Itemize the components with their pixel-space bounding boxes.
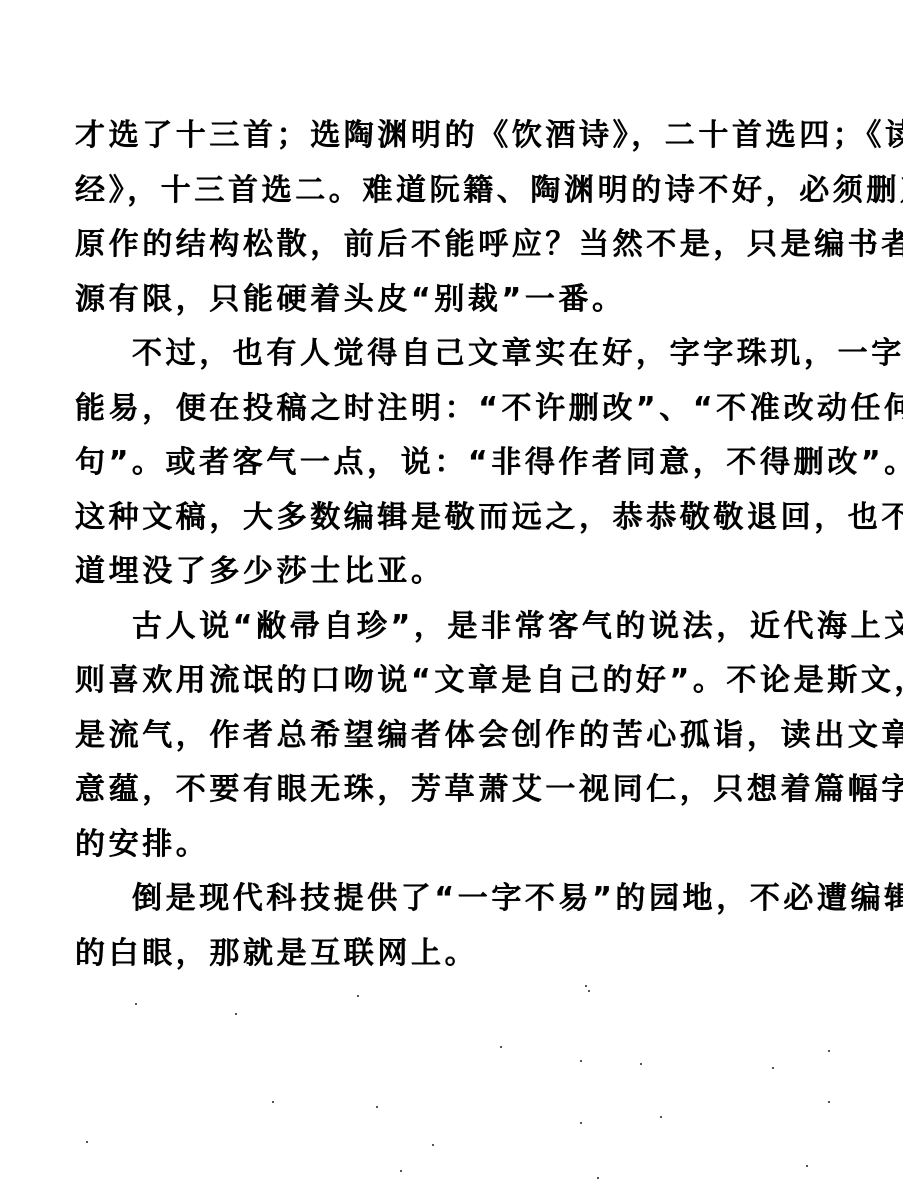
scan-speck bbox=[272, 1101, 274, 1103]
text-line: 原作的结构松散，前后不能呼应？当然不是，只是编书者资 bbox=[75, 223, 835, 278]
text-line: 的安排。 bbox=[75, 823, 835, 878]
text-line: 意蕴，不要有眼无珠，芳草萧艾一视同仁，只想着篇幅字数 bbox=[75, 768, 835, 823]
scan-speck bbox=[500, 1046, 502, 1048]
body-text: 才选了十三首；选陶渊明的《饮酒诗》，二十首选四；《读山海 经》，十三首选二。难道… bbox=[75, 114, 835, 986]
scan-speck bbox=[597, 1177, 599, 1179]
text-line: 能易，便在投稿之时注明：“不许删改”、“不准改动任何字 bbox=[75, 387, 835, 442]
scan-speck bbox=[580, 1122, 582, 1124]
text-line: 才选了十三首；选陶渊明的《饮酒诗》，二十首选四；《读山海 bbox=[75, 114, 835, 169]
scan-speck bbox=[660, 1116, 662, 1118]
scan-speck bbox=[806, 1165, 808, 1167]
scan-speck bbox=[772, 1067, 774, 1069]
text-line: 倒是现代科技提供了“一字不易”的园地，不必遭编辑 bbox=[75, 877, 835, 932]
scan-speck bbox=[828, 1050, 830, 1052]
text-line: 道埋没了多少莎士比亚。 bbox=[75, 550, 835, 605]
paragraph-4: 倒是现代科技提供了“一字不易”的园地，不必遭编辑 的白眼，那就是互联网上。 bbox=[75, 877, 835, 986]
scan-speck bbox=[357, 995, 359, 997]
text-line: 源有限，只能硬着头皮“别裁”一番。 bbox=[75, 278, 835, 333]
scan-speck bbox=[432, 1144, 434, 1146]
text-line: 则喜欢用流氓的口吻说“文章是自己的好”。不论是斯文，还 bbox=[75, 659, 835, 714]
paragraph-2: 不过，也有人觉得自己文章实在好，字字珠玑，一字不 能易，便在投稿之时注明：“不许… bbox=[75, 332, 835, 605]
scan-speck bbox=[585, 985, 587, 987]
scan-speck bbox=[580, 1060, 582, 1062]
scan-speck bbox=[86, 1141, 88, 1143]
scan-speck bbox=[235, 1013, 237, 1015]
scan-speck bbox=[135, 1003, 137, 1005]
text-line: 这种文稿，大多数编辑是敬而远之，恭恭敬敬退回，也不知 bbox=[75, 496, 835, 551]
scan-speck bbox=[376, 1106, 378, 1108]
paragraph-1: 才选了十三首；选陶渊明的《饮酒诗》，二十首选四；《读山海 经》，十三首选二。难道… bbox=[75, 114, 835, 332]
scan-speck bbox=[400, 1170, 402, 1172]
text-line: 不过，也有人觉得自己文章实在好，字字珠玑，一字不 bbox=[75, 332, 835, 387]
scan-speck bbox=[640, 1063, 642, 1065]
paragraph-3: 古人说“敝帚自珍”，是非常客气的说法，近代海上文人 则喜欢用流氓的口吻说“文章是… bbox=[75, 605, 835, 878]
scan-speck bbox=[828, 1101, 830, 1103]
text-line: 的白眼，那就是互联网上。 bbox=[75, 932, 835, 987]
scan-speck bbox=[588, 990, 590, 992]
text-line: 句”。或者客气一点，说：“非得作者同意，不得删改”。碰到 bbox=[75, 441, 835, 496]
text-line: 经》，十三首选二。难道阮籍、陶渊明的诗不好，必须删刈？ bbox=[75, 169, 835, 224]
scanned-page: 才选了十三首；选陶渊明的《饮酒诗》，二十首选四；《读山海 经》，十三首选二。难道… bbox=[0, 0, 903, 1186]
text-line: 是流气，作者总希望编者体会创作的苦心孤诣，读出文章的 bbox=[75, 714, 835, 769]
text-line: 古人说“敝帚自珍”，是非常客气的说法，近代海上文人 bbox=[75, 605, 835, 660]
